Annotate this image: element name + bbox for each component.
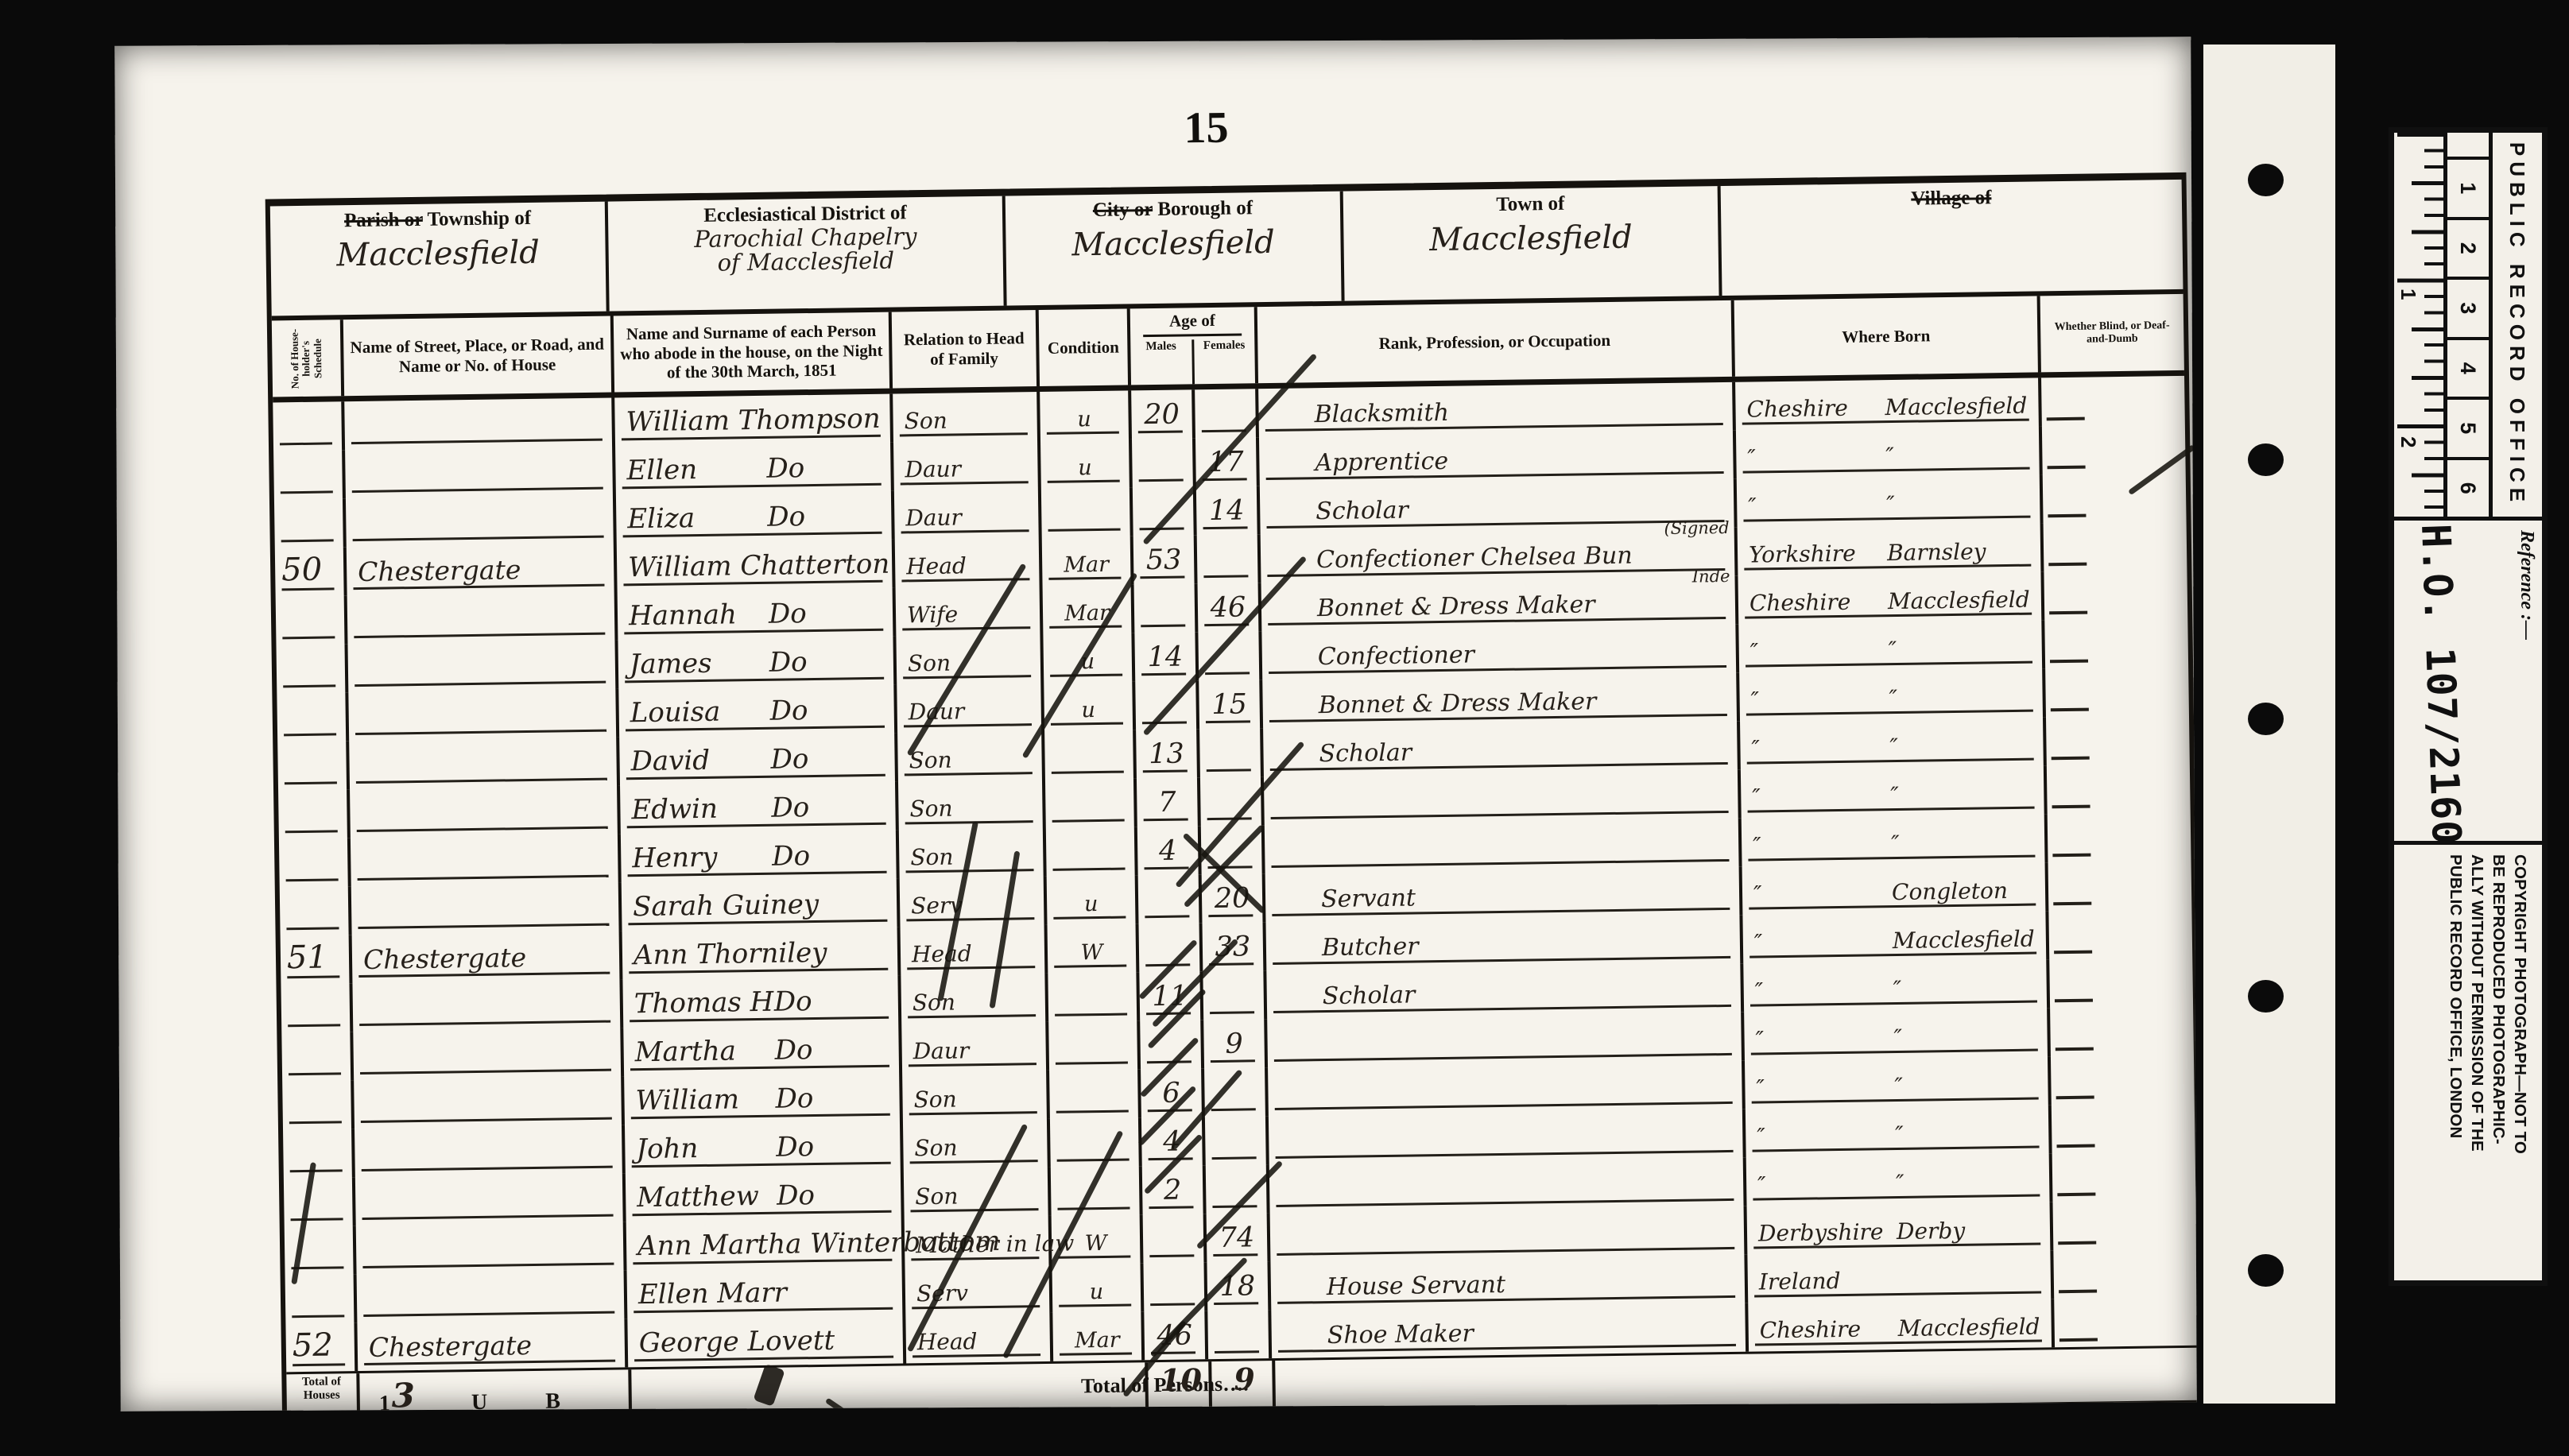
cell-age-female: 15 bbox=[1199, 680, 1263, 729]
col-occupation: Rank, Profession, or Occupation bbox=[1257, 300, 1735, 383]
header-town: Town of Macclesfield bbox=[1343, 186, 1722, 301]
footer-divider bbox=[356, 1373, 360, 1411]
cell-blind-deaf bbox=[2042, 424, 2186, 475]
born-town: ″ bbox=[1896, 1170, 1904, 1196]
header-ecclesiastical: Ecclesiastical District of Parochial Cha… bbox=[608, 196, 1007, 312]
occupation-text: Blacksmith bbox=[1314, 399, 1449, 428]
cell-condition: u bbox=[1040, 390, 1132, 440]
ruler-inch-label: 2 bbox=[2396, 436, 2420, 447]
cell-occupation bbox=[1269, 1109, 1746, 1164]
cell-age-female bbox=[1203, 970, 1267, 1020]
cell-relation: Son bbox=[898, 780, 1046, 831]
cell-blind-deaf bbox=[2047, 764, 2191, 815]
cell-street bbox=[346, 494, 617, 547]
cell-occupation: Scholar bbox=[1266, 964, 1744, 1019]
cell-age-male: 20 bbox=[1131, 389, 1195, 439]
total-houses-label: Total of Houses bbox=[286, 1375, 356, 1402]
born-town: Derby bbox=[1897, 1218, 1966, 1245]
cell-blind-deaf bbox=[2052, 1152, 2196, 1202]
copyright-text: COPYRIGHT PHOTOGRAPH—NOT TOBE REPRODUCED… bbox=[2394, 845, 2542, 1280]
person-name: William bbox=[635, 1083, 739, 1117]
born-town: ″ bbox=[1894, 1073, 1903, 1099]
person-name: William Chatterton bbox=[628, 548, 890, 584]
cell-street bbox=[345, 446, 616, 498]
cell-blind-deaf bbox=[2041, 376, 2185, 427]
cell-name: Martha Do bbox=[623, 1024, 902, 1077]
born-county: Derbyshire bbox=[1758, 1218, 1884, 1246]
ruler-inch-label: 1 bbox=[2396, 288, 2420, 300]
cell-name: Thomas H Do bbox=[622, 976, 901, 1028]
cell-street bbox=[351, 882, 622, 935]
occupation-text: Shoe Maker bbox=[1327, 1319, 1474, 1350]
cell-blind-deaf bbox=[2045, 667, 2189, 718]
born-town: ″ bbox=[1890, 782, 1899, 808]
cell-where-born: Cheshire Macclesfield bbox=[1748, 1299, 2055, 1351]
cell-blind-deaf bbox=[2053, 1200, 2197, 1251]
borough-value: Macclesfield bbox=[1006, 223, 1341, 265]
cell-condition bbox=[1050, 1117, 1142, 1168]
born-town: ″ bbox=[1893, 1024, 1902, 1051]
cell-schedule-number bbox=[284, 1177, 356, 1226]
cell-street bbox=[355, 1125, 626, 1177]
born-town: ″ bbox=[1889, 637, 1897, 663]
cell-street bbox=[351, 834, 622, 886]
cell-schedule-number bbox=[280, 886, 352, 935]
ruler-cm-row: 123456 bbox=[2443, 133, 2489, 517]
punch-hole bbox=[2248, 1254, 2284, 1287]
ditto-mark: Do bbox=[769, 695, 808, 727]
person-name: William Thompson bbox=[626, 403, 881, 438]
col-name: Name and Surname of each Person who abod… bbox=[614, 312, 893, 393]
total-males: 10 bbox=[1149, 1361, 1213, 1398]
ruler-cm-number: 5 bbox=[2447, 400, 2489, 460]
scanned-census-page: 15 Parish or Township of Macclesfield Ec… bbox=[0, 0, 2569, 1456]
born-town: Congleton bbox=[1892, 877, 2008, 905]
born-town: Macclesfield bbox=[1893, 926, 2035, 954]
cell-condition bbox=[1044, 730, 1137, 780]
born-county: ″ bbox=[1747, 444, 1756, 470]
born-town: ″ bbox=[1895, 1121, 1904, 1148]
houses-inhabited: 1 bbox=[379, 1392, 390, 1411]
occupation-text: Confectioner bbox=[1318, 641, 1475, 671]
cell-name: Ellen Do bbox=[615, 443, 894, 495]
cell-relation: Son bbox=[896, 634, 1044, 685]
cell-blind-deaf bbox=[2046, 715, 2190, 766]
cell-where-born: ″ ″ bbox=[1744, 1008, 2051, 1060]
cell-street bbox=[349, 737, 620, 789]
village-label: Village of bbox=[1911, 187, 1992, 209]
copyright-line: BE REPRODUCED PHOTOGRAPHIC- bbox=[2488, 854, 2509, 1272]
cell-age-male bbox=[1140, 1020, 1204, 1069]
cell-occupation: Apprentice bbox=[1259, 431, 1737, 486]
born-county: ″ bbox=[1752, 784, 1761, 810]
cell-age-male: 4 bbox=[1141, 1117, 1206, 1166]
cell-where-born: ″ ″ bbox=[1746, 1105, 2052, 1157]
cell-schedule-number bbox=[274, 498, 347, 548]
col-street: Name of Street, Place, or Road, and Name… bbox=[343, 316, 614, 396]
cell-condition: u bbox=[1052, 1263, 1144, 1313]
cell-condition: u bbox=[1047, 875, 1139, 925]
cell-street: Chestergate bbox=[357, 1319, 628, 1371]
cell-street bbox=[355, 1173, 626, 1226]
cell-street: Chestergate bbox=[352, 931, 623, 983]
cell-schedule-number bbox=[283, 1129, 355, 1178]
person-name: Ellen bbox=[626, 454, 697, 486]
born-town: ″ bbox=[1885, 443, 1894, 469]
occupation-text: Scholar bbox=[1315, 497, 1408, 526]
born-town: ″ bbox=[1891, 831, 1900, 857]
born-town: Macclesfield bbox=[1888, 587, 2030, 614]
houses-handwritten: 3 bbox=[391, 1376, 415, 1411]
col-age-males: Males bbox=[1130, 339, 1194, 385]
born-county: ″ bbox=[1755, 1026, 1764, 1052]
born-county: ″ bbox=[1755, 978, 1764, 1004]
cell-where-born: Cheshire Macclesfield bbox=[1735, 378, 2042, 430]
person-name: David bbox=[630, 745, 710, 777]
born-town: ″ bbox=[1889, 734, 1898, 760]
cell-relation: Son bbox=[899, 828, 1047, 879]
copyright-line: ALLY WITHOUT PERMISSION OF THE bbox=[2466, 854, 2488, 1272]
born-county: Cheshire bbox=[1746, 395, 1848, 423]
cell-blind-deaf bbox=[2043, 473, 2187, 524]
ditto-mark: Do bbox=[767, 501, 805, 533]
cell-schedule-number bbox=[277, 692, 349, 742]
cell-name: William Do bbox=[624, 1072, 903, 1125]
occupation-text: Butcher bbox=[1322, 932, 1419, 962]
cell-relation: Son bbox=[893, 392, 1040, 443]
cell-relation: Son bbox=[904, 1168, 1052, 1218]
cell-schedule-number: 51 bbox=[281, 935, 353, 984]
cell-age-male: 13 bbox=[1136, 729, 1200, 778]
cell-age-male bbox=[1134, 583, 1199, 633]
table-rows: William Thompson Son u 20 Blacksmith Che… bbox=[273, 376, 2196, 1372]
occupation-text: Scholar bbox=[1319, 739, 1412, 769]
footer-divider bbox=[628, 1369, 632, 1411]
cell-where-born: ″ ″ bbox=[1746, 1153, 2053, 1206]
total-houses-values: 13 U B bbox=[374, 1377, 608, 1411]
born-county: Ireland bbox=[1759, 1268, 1841, 1295]
cell-where-born: ″ ″ bbox=[1737, 474, 2044, 527]
col-relation: Relation to Head of Family bbox=[892, 310, 1040, 389]
cell-relation: Son bbox=[901, 974, 1048, 1024]
header-parish: Parish or Township of Macclesfield bbox=[270, 202, 610, 316]
cell-age-female bbox=[1207, 1310, 1272, 1359]
born-town: ″ bbox=[1886, 491, 1895, 517]
cell-condition: u bbox=[1040, 439, 1133, 489]
cell-occupation bbox=[1265, 819, 1742, 873]
born-county: ″ bbox=[1753, 881, 1762, 907]
person-name: Martha bbox=[634, 1035, 736, 1068]
ditto-mark: Do bbox=[777, 1179, 815, 1212]
cell-age-female: 17 bbox=[1195, 437, 1260, 486]
person-name: Edwin bbox=[631, 793, 718, 827]
person-name: Thomas H bbox=[634, 986, 774, 1020]
census-form-paper: 15 Parish or Township of Macclesfield Ec… bbox=[114, 37, 2196, 1411]
born-county: ″ bbox=[1756, 1075, 1765, 1101]
person-name: Ellen Marr bbox=[638, 1277, 788, 1311]
houses-uninhabited: U bbox=[467, 1389, 509, 1411]
cell-age-female: 74 bbox=[1207, 1213, 1271, 1262]
pro-reference-card: PUBLIC RECORD OFFICE 123456 1 2 Referenc… bbox=[2389, 127, 2548, 1286]
col-condition: Condition bbox=[1039, 308, 1131, 386]
cell-occupation: Confectioner bbox=[1261, 625, 1739, 680]
cell-relation: Head bbox=[901, 925, 1048, 976]
cell-age-male bbox=[1135, 680, 1199, 730]
cell-street bbox=[356, 1222, 627, 1274]
copyright-line: PUBLIC RECORD OFFICE, LONDON bbox=[2445, 854, 2466, 1272]
cell-condition bbox=[1051, 1166, 1143, 1216]
born-county: ″ bbox=[1751, 735, 1760, 761]
cell-occupation: Shoe Maker bbox=[1271, 1303, 1749, 1358]
cell-condition: W bbox=[1052, 1214, 1144, 1264]
occupation-text: House Servant bbox=[1327, 1271, 1506, 1301]
cell-relation: Daur bbox=[894, 489, 1042, 540]
cell-occupation: Confectioner Chelsea Bun (Signed bbox=[1261, 528, 1738, 583]
person-name: James bbox=[630, 648, 712, 680]
cell-schedule-number bbox=[278, 789, 351, 838]
cell-name: William Chatterton bbox=[617, 540, 896, 592]
cell-street bbox=[357, 1270, 628, 1322]
cell-age-female: 14 bbox=[1196, 486, 1261, 535]
cell-age-female bbox=[1206, 1164, 1270, 1214]
cell-where-born: ″ ″ bbox=[1739, 668, 2046, 721]
cell-condition: W bbox=[1048, 924, 1140, 974]
cell-condition bbox=[1048, 972, 1140, 1022]
born-town: Barnsley bbox=[1887, 538, 1986, 566]
cell-relation: Serv bbox=[900, 877, 1048, 927]
cell-relation: Mother in law bbox=[905, 1216, 1052, 1267]
cell-age-male: 6 bbox=[1141, 1068, 1205, 1117]
person-name: Ann Thorniley bbox=[634, 937, 827, 971]
col-born: Where Born bbox=[1734, 296, 2041, 376]
cell-where-born: ″ ″ bbox=[1742, 814, 2048, 866]
cell-condition: Mar bbox=[1042, 536, 1134, 586]
pro-office-title: PUBLIC RECORD OFFICE bbox=[2489, 133, 2542, 517]
born-county: ″ bbox=[1750, 638, 1759, 664]
cell-age-male: 53 bbox=[1133, 535, 1198, 584]
cell-name: Edwin Do bbox=[620, 782, 899, 834]
cell-blind-deaf bbox=[2051, 1055, 2195, 1106]
cell-relation: Daur bbox=[893, 440, 1041, 491]
cell-age-female: 18 bbox=[1207, 1261, 1271, 1311]
born-county: ″ bbox=[1757, 1171, 1766, 1198]
ditto-mark: Do bbox=[769, 598, 807, 630]
copyright-line: COPYRIGHT PHOTOGRAPH—NOT TO bbox=[2509, 854, 2531, 1272]
cell-where-born: ″ Congleton bbox=[1742, 862, 2049, 915]
cell-street bbox=[347, 591, 618, 644]
person-name: John bbox=[636, 1133, 698, 1165]
cell-age-male: 11 bbox=[1139, 971, 1203, 1020]
ruler-cm-number: 4 bbox=[2447, 340, 2489, 401]
cell-age-male bbox=[1143, 1214, 1207, 1263]
cell-name: Matthew Do bbox=[626, 1169, 905, 1222]
cell-blind-deaf bbox=[2044, 618, 2188, 669]
cell-condition bbox=[1046, 827, 1138, 877]
cell-blind-deaf bbox=[2053, 1249, 2196, 1299]
cell-relation: Son bbox=[902, 1071, 1050, 1121]
punch-hole bbox=[2248, 164, 2284, 196]
occupation-text: Bonnet & Dress Maker bbox=[1318, 687, 1596, 719]
born-county: ″ bbox=[1757, 1123, 1765, 1149]
cell-street bbox=[354, 1076, 625, 1129]
person-name: Eliza bbox=[627, 502, 695, 535]
person-name: Henry bbox=[632, 842, 718, 874]
cell-name: James Do bbox=[618, 637, 897, 689]
cell-schedule-number bbox=[276, 595, 348, 645]
cell-age-male: 46 bbox=[1144, 1311, 1208, 1360]
cell-name: George Lovett bbox=[627, 1315, 906, 1367]
page-number: 15 bbox=[1158, 102, 1254, 154]
occupation-annotation: (Signed bbox=[1664, 518, 1729, 538]
cell-street bbox=[344, 397, 615, 450]
cell-age-male: 14 bbox=[1134, 632, 1199, 681]
cell-occupation: Blacksmith bbox=[1258, 382, 1736, 437]
cell-name: David Do bbox=[619, 734, 898, 786]
ditto-mark: Do bbox=[774, 1034, 812, 1067]
cell-blind-deaf bbox=[2048, 861, 2192, 912]
ruler-ticks: 1 2 bbox=[2394, 133, 2443, 517]
cell-relation: Son bbox=[903, 1119, 1051, 1170]
cell-age-female: 9 bbox=[1203, 1019, 1268, 1068]
punch-hole bbox=[2248, 703, 2284, 735]
cell-occupation bbox=[1268, 1061, 1746, 1116]
cell-street bbox=[347, 640, 618, 692]
cell-schedule-number: 52 bbox=[285, 1322, 358, 1372]
cell-age-female bbox=[1200, 776, 1265, 826]
cell-schedule-number: 50 bbox=[275, 547, 347, 596]
cell-age-female bbox=[1198, 631, 1262, 680]
cell-age-male bbox=[1143, 1262, 1207, 1311]
col-age: Age of Males Females bbox=[1130, 307, 1258, 385]
col-schedule: No. of House-holder's Schedule bbox=[272, 319, 344, 397]
occupation-text: Confectioner Chelsea Bun bbox=[1316, 542, 1633, 575]
cell-occupation bbox=[1267, 1013, 1745, 1067]
born-town: Macclesfield bbox=[1885, 393, 2027, 420]
cell-age-female: 33 bbox=[1202, 922, 1266, 971]
cell-age-female: 46 bbox=[1198, 583, 1262, 632]
cell-condition bbox=[1045, 778, 1137, 828]
ditto-mark: Do bbox=[766, 452, 804, 485]
census-form: 15 Parish or Township of Macclesfield Ec… bbox=[114, 37, 2196, 1411]
ditto-mark: Do bbox=[769, 646, 808, 679]
born-county: ″ bbox=[1754, 929, 1763, 955]
cell-age-male: 2 bbox=[1142, 1165, 1207, 1214]
ruler-cm-number: 3 bbox=[2447, 280, 2489, 340]
cell-relation: Daur bbox=[901, 1022, 1049, 1073]
cell-schedule-number bbox=[277, 644, 349, 693]
cell-name: William Thompson bbox=[614, 394, 893, 447]
cell-age-female: 20 bbox=[1202, 873, 1266, 923]
cell-relation: Head bbox=[895, 537, 1043, 588]
cell-age-female bbox=[1205, 1116, 1269, 1165]
town-value: Macclesfield bbox=[1343, 218, 1718, 260]
cell-blind-deaf bbox=[2044, 570, 2187, 621]
cell-where-born: ″ ″ bbox=[1743, 959, 2050, 1012]
cell-condition bbox=[1048, 1020, 1141, 1071]
cell-name: Hannah Do bbox=[618, 588, 897, 641]
cell-age-male bbox=[1138, 874, 1203, 924]
ditto-mark: Do bbox=[776, 1131, 814, 1164]
pro-reference-section: Reference :— H.O. 107/2160 bbox=[2394, 521, 2542, 845]
cell-where-born: ″ ″ bbox=[1741, 765, 2048, 818]
cell-name: Ann Martha Winterbottom bbox=[626, 1218, 905, 1270]
person-name: Hannah bbox=[629, 598, 737, 632]
occupation-text: Apprentice bbox=[1315, 447, 1448, 477]
cell-age-male bbox=[1133, 486, 1197, 536]
punch-hole bbox=[2248, 980, 2284, 1013]
cell-street: Chestergate bbox=[347, 543, 618, 595]
cell-condition bbox=[1041, 487, 1133, 537]
houses-building: B bbox=[541, 1388, 581, 1411]
person-name: Louisa bbox=[630, 696, 720, 730]
cell-name: Louisa Do bbox=[618, 685, 897, 738]
cell-age-female bbox=[1199, 728, 1264, 777]
cell-name: John Do bbox=[625, 1121, 904, 1173]
cell-occupation: Butcher bbox=[1265, 916, 1743, 970]
cell-age-female bbox=[1195, 389, 1259, 438]
cell-street bbox=[353, 1028, 624, 1080]
cell-occupation bbox=[1269, 1158, 1747, 1213]
occupation-text: Bonnet & Dress Maker bbox=[1317, 591, 1595, 622]
cell-schedule-number bbox=[273, 401, 345, 451]
occupation-text: Scholar bbox=[1323, 981, 1416, 1010]
born-town: ″ bbox=[1893, 976, 1902, 1002]
born-county: ″ bbox=[1748, 493, 1757, 519]
cell-occupation: Servant bbox=[1265, 867, 1743, 922]
borough-label: City or Borough of bbox=[1006, 192, 1340, 223]
cell-blind-deaf bbox=[2049, 958, 2193, 1009]
cell-condition: u bbox=[1043, 633, 1135, 683]
ditto-mark: Do bbox=[770, 743, 808, 776]
cell-where-born: Cheshire Macclesfield bbox=[1738, 571, 2044, 624]
header-village: Village of bbox=[1721, 180, 2183, 296]
cell-name: Henry Do bbox=[621, 831, 900, 883]
cell-age-male bbox=[1132, 438, 1196, 487]
cell-condition bbox=[1049, 1069, 1141, 1119]
col-age-females: Females bbox=[1194, 339, 1255, 384]
occupation-text: Servant bbox=[1321, 884, 1416, 913]
born-county: Cheshire bbox=[1749, 589, 1851, 617]
reference-label: Reference :— bbox=[2516, 530, 2537, 640]
cell-name: Eliza Do bbox=[616, 491, 895, 544]
cell-schedule-number bbox=[281, 1032, 354, 1081]
ditto-mark: Do bbox=[771, 792, 809, 824]
cell-where-born: Derbyshire Derby bbox=[1747, 1202, 2054, 1254]
cell-schedule-number bbox=[285, 1274, 358, 1323]
cell-name: Sarah Guiney bbox=[622, 879, 901, 931]
ruler-cm-number: 2 bbox=[2447, 220, 2489, 281]
cell-street bbox=[348, 688, 619, 741]
cell-relation: Son bbox=[897, 731, 1045, 782]
cell-relation: Serv bbox=[905, 1264, 1052, 1315]
cell-occupation: Bonnet & Dress Maker Inde bbox=[1261, 576, 1739, 631]
cell-condition: u bbox=[1044, 681, 1136, 731]
cell-blind-deaf bbox=[2044, 521, 2187, 572]
cell-blind-deaf bbox=[2048, 812, 2191, 863]
born-town: Macclesfield bbox=[1897, 1314, 2040, 1342]
cell-blind-deaf bbox=[2054, 1297, 2197, 1348]
person-name: Sarah Guiney bbox=[633, 889, 819, 923]
cell-occupation: Scholar bbox=[1263, 722, 1741, 776]
cell-where-born: ″ ″ bbox=[1745, 1056, 2052, 1109]
cell-relation: Head bbox=[905, 1313, 1053, 1364]
parish-label: Parish or Township of bbox=[270, 202, 605, 234]
cell-street bbox=[352, 979, 623, 1032]
born-county: ″ bbox=[1750, 687, 1759, 713]
cell-age-male bbox=[1139, 923, 1203, 972]
cell-age-male: 4 bbox=[1137, 826, 1202, 875]
cell-schedule-number bbox=[282, 1080, 355, 1129]
